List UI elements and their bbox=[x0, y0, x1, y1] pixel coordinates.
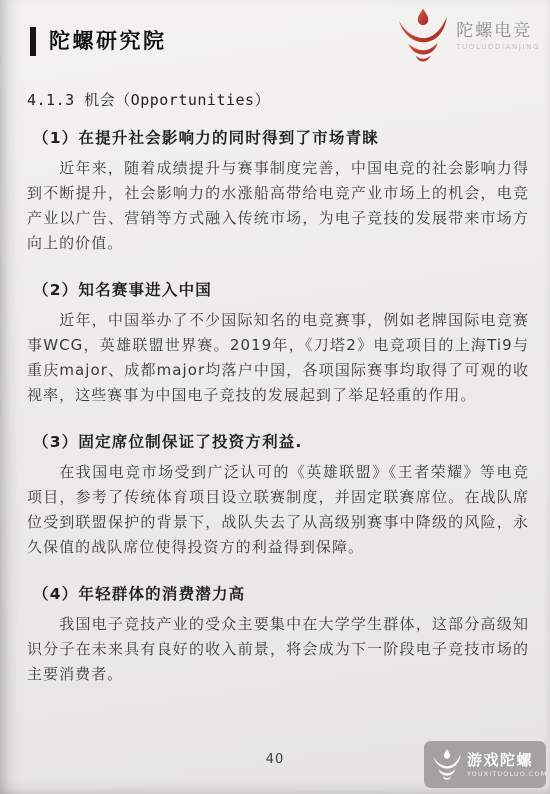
brand-name: 陀螺电竞 bbox=[456, 21, 540, 41]
subsection-heading: （4）年轻群体的消费潜力高 bbox=[27, 582, 529, 607]
subsection-paragraph: 近年，中国举办了不少国际知名的电竞赛事，例如老牌国际电竞赛事WCG，英雄联盟世界… bbox=[27, 308, 529, 408]
document-body: 4.1.3 机会（Opportunities） （1）在提升社会影响力的同时得到… bbox=[27, 88, 529, 687]
subsection-heading: （3）固定席位制保证了投资方利益. bbox=[27, 430, 529, 455]
subsection-paragraph: 近年来，随着成绩提升与赛事制度完善，中国电竞的社会影响力得到不断提升，社会影响力… bbox=[27, 156, 529, 256]
spinning-top-icon bbox=[397, 7, 449, 65]
report-page: 陀螺研究院 陀螺电竞 TUOLUO bbox=[0, 0, 550, 794]
subsection-paragraph: 我国电子竞技产业的受众主要集中在大学学生群体，这部分高级知识分子在未来具有良好的… bbox=[27, 612, 529, 687]
section-title: 4.1.3 机会（Opportunities） bbox=[27, 88, 529, 113]
header-accent-bar bbox=[30, 27, 36, 56]
subsection-2: （2）知名赛事进入中国 近年，中国举办了不少国际知名的电竞赛事，例如老牌国际电竞… bbox=[27, 278, 529, 408]
institute-title: 陀螺研究院 bbox=[49, 27, 167, 56]
brand-subtitle: TUOLUODIANJING bbox=[456, 43, 540, 51]
site-badge: 游戏陀螺 YOUXITUOLUO.COM bbox=[424, 741, 546, 788]
spinning-top-icon bbox=[432, 748, 462, 782]
subsection-heading: （2）知名赛事进入中国 bbox=[27, 278, 529, 303]
subsection-heading: （1）在提升社会影响力的同时得到了市场青睐 bbox=[27, 126, 529, 151]
report-header: 陀螺研究院 陀螺电竞 TUOLUO bbox=[0, 0, 550, 74]
brand-logo: 陀螺电竞 TUOLUODIANJING bbox=[397, 7, 540, 65]
subsection-4: （4）年轻群体的消费潜力高 我国电子竞技产业的受众主要集中在大学学生群体，这部分… bbox=[27, 582, 529, 687]
subsection-paragraph: 在我国电竞市场受到广泛认可的《英雄联盟》《王者荣耀》等电竞项目，参考了传统体育项… bbox=[27, 460, 529, 560]
subsection-3: （3）固定席位制保证了投资方利益. 在我国电竞市场受到广泛认可的《英雄联盟》《王… bbox=[27, 430, 529, 560]
site-name: 游戏陀螺 bbox=[467, 752, 547, 769]
subsection-1: （1）在提升社会影响力的同时得到了市场青睐 近年来，随着成绩提升与赛事制度完善，… bbox=[27, 126, 529, 256]
site-domain: YOUXITUOLUO.COM bbox=[467, 770, 547, 778]
site-text: 游戏陀螺 YOUXITUOLUO.COM bbox=[467, 752, 547, 778]
brand-text: 陀螺电竞 TUOLUODIANJING bbox=[456, 21, 540, 51]
